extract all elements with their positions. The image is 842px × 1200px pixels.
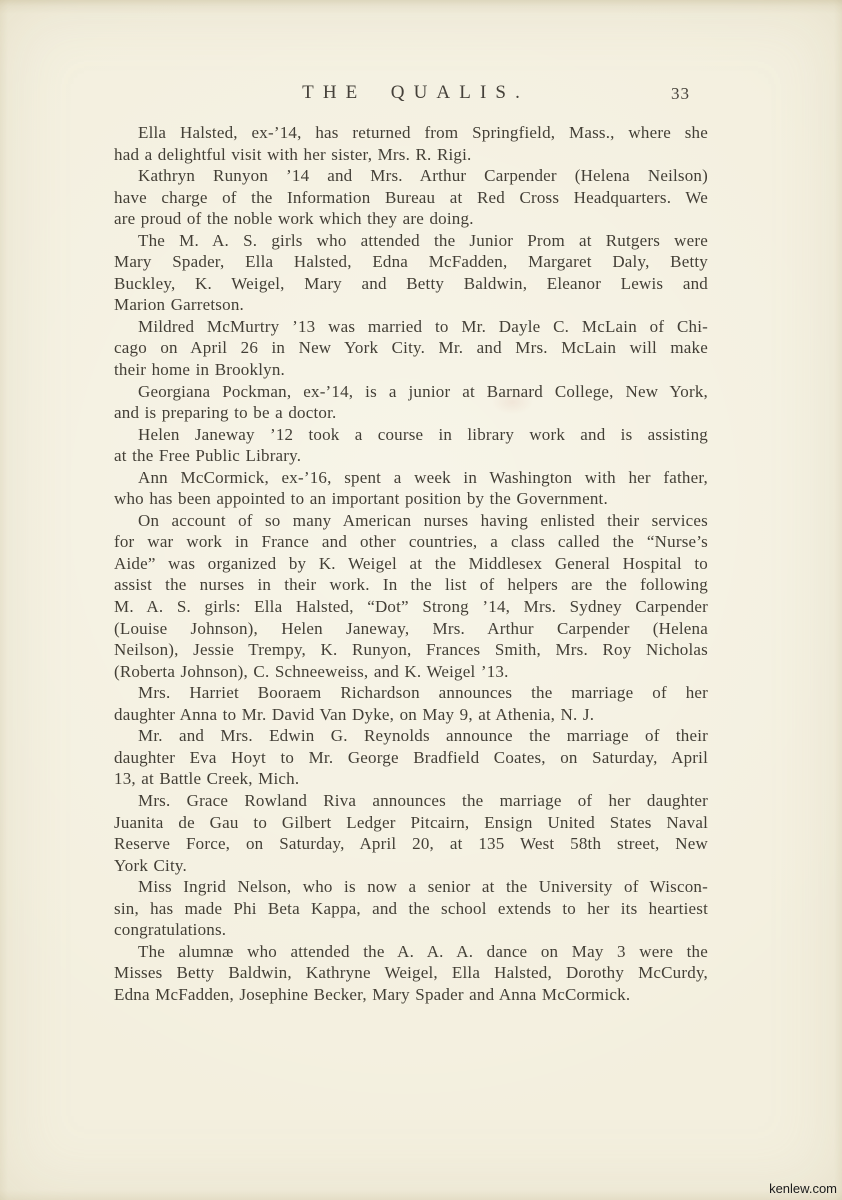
text-line: at the Free Public Library. (114, 445, 708, 467)
text-line: Kathryn Runyon ’14 and Mrs. Arthur Carpe… (114, 165, 708, 187)
paragraph: Georgiana Pockman, ex-’14, is a junior a… (114, 381, 708, 424)
text-line: and is preparing to be a doctor. (114, 402, 708, 424)
text-line: Misses Betty Baldwin, Kathryne Weigel, E… (114, 962, 708, 984)
text-line: Ann McCormick, ex-’16, spent a week in W… (114, 467, 708, 489)
text-line: The M. A. S. girls who attended the Juni… (114, 230, 708, 252)
watermark: kenlew.com (769, 1181, 837, 1196)
text-line: Mrs. Grace Rowland Riva announces the ma… (114, 790, 708, 812)
text-line: Mary Spader, Ella Halsted, Edna McFadden… (114, 251, 708, 273)
text-line: Mr. and Mrs. Edwin G. Reynolds announce … (114, 725, 708, 747)
text-line: Neilson), Jessie Trempy, K. Runyon, Fran… (114, 639, 708, 661)
text-line: assist the nurses in their work. In the … (114, 574, 708, 596)
text-line: On account of so many American nurses ha… (114, 510, 708, 532)
paragraph: Mr. and Mrs. Edwin G. Reynolds announce … (114, 725, 708, 790)
paragraph: Mrs. Grace Rowland Riva announces the ma… (114, 790, 708, 876)
text-line: had a delightful visit with her sister, … (114, 144, 708, 166)
paragraph: Mildred McMurtry ’13 was married to Mr. … (114, 316, 708, 381)
text-line: congratulations. (114, 919, 708, 941)
text-line: Miss Ingrid Nelson, who is now a senior … (114, 876, 708, 898)
paragraph: The M. A. S. girls who attended the Juni… (114, 230, 708, 316)
text-line: daughter Eva Hoyt to Mr. George Bradfiel… (114, 747, 708, 769)
paragraph: Mrs. Harriet Booraem Richardson announce… (114, 682, 708, 725)
text-line: York City. (114, 855, 708, 877)
text-line: (Louise Johnson), Helen Janeway, Mrs. Ar… (114, 618, 708, 640)
page-number: 33 (671, 84, 690, 104)
text-line: cago on April 26 in New York City. Mr. a… (114, 337, 708, 359)
text-line: Helen Janeway ’12 took a course in libra… (114, 424, 708, 446)
page-content: Ella Halsted, ex-’14, has returned from … (114, 122, 708, 1005)
text-line: Georgiana Pockman, ex-’14, is a junior a… (114, 381, 708, 403)
text-line: Aide” was organized by K. Weigel at the … (114, 553, 708, 575)
page-title: THE QUALIS. (114, 82, 708, 104)
text-line: Ella Halsted, ex-’14, has returned from … (114, 122, 708, 144)
text-line: Marion Garretson. (114, 294, 708, 316)
text-line: their home in Brooklyn. (114, 359, 708, 381)
paragraph: On account of so many American nurses ha… (114, 510, 708, 682)
text-line: Reserve Force, on Saturday, April 20, at… (114, 833, 708, 855)
paragraph: The alumnæ who attended the A. A. A. dan… (114, 941, 708, 1006)
paragraph: Ann McCormick, ex-’16, spent a week in W… (114, 467, 708, 510)
scanned-page: THE QUALIS. 33 Ella Halsted, ex-’14, has… (0, 0, 842, 1200)
text-line: for war work in France and other countri… (114, 531, 708, 553)
page-header: THE QUALIS. 33 (114, 82, 708, 104)
text-line: sin, has made Phi Beta Kappa, and the sc… (114, 898, 708, 920)
text-line: are proud of the noble work which they a… (114, 208, 708, 230)
text-line: Edna McFadden, Josephine Becker, Mary Sp… (114, 984, 708, 1006)
text-line: have charge of the Information Bureau at… (114, 187, 708, 209)
text-line: 13, at Battle Creek, Mich. (114, 768, 708, 790)
text-line: (Roberta Johnson), C. Schneeweiss, and K… (114, 661, 708, 683)
text-line: M. A. S. girls: Ella Halsted, “Dot” Stro… (114, 596, 708, 618)
text-line: Mildred McMurtry ’13 was married to Mr. … (114, 316, 708, 338)
text-line: who has been appointed to an important p… (114, 488, 708, 510)
text-line: The alumnæ who attended the A. A. A. dan… (114, 941, 708, 963)
paragraph: Helen Janeway ’12 took a course in libra… (114, 424, 708, 467)
text-line: Buckley, K. Weigel, Mary and Betty Baldw… (114, 273, 708, 295)
text-line: Juanita de Gau to Gilbert Ledger Pitcair… (114, 812, 708, 834)
paragraph: Kathryn Runyon ’14 and Mrs. Arthur Carpe… (114, 165, 708, 230)
paragraph: Miss Ingrid Nelson, who is now a senior … (114, 876, 708, 941)
text-line: Mrs. Harriet Booraem Richardson announce… (114, 682, 708, 704)
paragraph: Ella Halsted, ex-’14, has returned from … (114, 122, 708, 165)
text-line: daughter Anna to Mr. David Van Dyke, on … (114, 704, 708, 726)
